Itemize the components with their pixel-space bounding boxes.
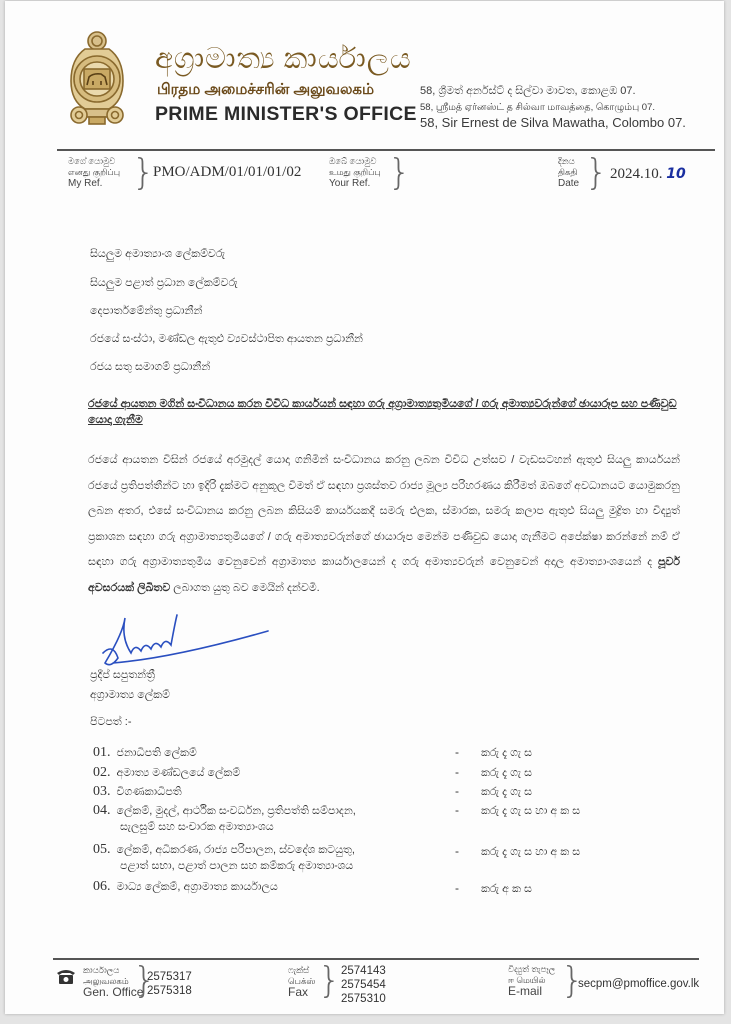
date-printed: 2024.10. [610, 166, 663, 182]
copy-code-3: කරු දැ ගැ ස [481, 786, 532, 799]
copy-num: 02. [93, 765, 111, 780]
copy-code-1: කරු දැ ගැ ස [481, 747, 532, 760]
telephone-icon [55, 967, 77, 985]
copy-dash: - [455, 881, 459, 895]
letter-subject: රජයේ ආයතන මගින් සංවිධානය කරන විවිධ කාර්ය… [88, 396, 680, 428]
date-label-en: Date [558, 178, 579, 189]
fax-number-3: 2575310 [341, 992, 386, 1006]
copy-num: 05. [93, 842, 111, 857]
copy-code-4: කරු දැ ගැ ස හා අ ක ස [481, 805, 580, 818]
letter-page: අග්‍රාමාත්‍ය කාර්යාලය பிரதம அமைச்சரின் அ… [5, 1, 724, 1014]
letter-body: රජයේ ආයතන විසින් රජයේ අරමුදල් යොදා ගනිමි… [88, 448, 680, 601]
copy-item-2: 02.අමාත්‍ය මණ්ඩලයේ ලේකම් [93, 765, 240, 781]
addressee-3: දෙපාර්තමේන්තු ප්‍රධානීන් [90, 305, 202, 318]
address-sinhala: 58, ශ්‍රීමත් අර්නස්ට් ද සිල්වා මාවත, කොළ… [420, 85, 636, 98]
copy-text-line2: සැලසුම් සහ සංචාරක අමාත්‍යාංශය [120, 821, 356, 834]
email-label-en: E-mail [508, 986, 555, 997]
copy-num: 04. [93, 803, 111, 818]
date-value: 2024.10. 10 [610, 166, 686, 183]
copy-text: මාධ්‍ය ලේකම්, අග්‍රාමාත්‍ය කාර්යාලය [117, 881, 278, 893]
copy-item-4: 04.ලේකම්, මුදල්, ආර්ථික සංවර්ධන, ප්‍රතිප… [93, 803, 356, 834]
copy-text: අමාත්‍ය මණ්ඩලයේ ලේකම් [117, 767, 241, 779]
your-ref-label-en: Your Ref. [329, 178, 381, 189]
signatory-name: ප්‍රදීප් සපුතන්ත්‍රී [90, 669, 155, 682]
copy-text: ජනාධිපති ලේකම් [117, 747, 197, 759]
address-tamil: 58, ஸ்ரீமத் ஏர்னஸ்ட் த சில்வா மாவத்தை, க… [420, 102, 655, 114]
brace: } [132, 155, 155, 191]
fax-number-2: 2575454 [341, 978, 386, 992]
copy-dash: - [455, 745, 459, 759]
my-ref-value: PMO/ADM/01/01/01/02 [153, 164, 301, 181]
office-title-sinhala: අග්‍රාමාත්‍ය කාර්යාලය [155, 43, 412, 76]
copy-dash: - [455, 765, 459, 779]
header-divider [57, 149, 715, 151]
brace: } [388, 155, 411, 191]
email-label-si: විද්‍යුත් තැපෑල [508, 964, 555, 975]
my-ref-label: මගේ යොමුව எனது குறிப்பு My Ref. [68, 156, 120, 189]
copies-label: පිටපත් :- [90, 716, 132, 729]
addressee-5: රජය සතු සමාගම් ප්‍රධානීන් [90, 361, 210, 374]
copy-num: 01. [93, 745, 111, 760]
copy-item-5: 05.ලේකම්, අධිකරණ, රාජ්‍ය පරිපාලන, ස්වදේශ… [93, 842, 355, 873]
copy-text: ලේකම්, මුදල්, ආර්ථික සංවර්ධන, ප්‍රතිපත්ත… [117, 805, 356, 817]
copy-code-6: කරු අ ක ස [481, 883, 532, 896]
addressee-1: සියලුම අමාත්‍යාංශ ලේකම්වරු [90, 248, 225, 261]
body-emphasis: පූර්ව අවසරයක් ලිඛිතව [88, 556, 680, 594]
date-label: දිනය திகதி Date [558, 156, 579, 189]
brace: } [585, 155, 608, 191]
copy-item-3: 03.විගණකාධිපති [93, 784, 182, 800]
email-label: විද්‍යුත් තැපෑල ஈ மெயில் E-mail [508, 964, 555, 997]
your-ref-label-si: ඔබේ යොමුව [329, 156, 381, 167]
gen-office-numbers: 2575317 2575318 [147, 970, 192, 998]
date-label-si: දිනය [558, 156, 579, 167]
sri-lanka-emblem-icon [63, 29, 131, 127]
copy-code-5: කරු දැ ගැ ස හා අ ක ස [481, 846, 580, 859]
fax-label: ෆැක්ස් பெக்ஸ் Fax [288, 965, 316, 998]
fax-number-1: 2574143 [341, 964, 386, 978]
gen-office-number-1: 2575317 [147, 970, 192, 984]
fax-label-en: Fax [288, 987, 316, 998]
brace: } [318, 963, 341, 999]
copy-item-6: 06.මාධ්‍ය ලේකම්, අග්‍රාමාත්‍ය කාර්යාලය [93, 879, 278, 895]
copy-item-1: 01.ජනාධිපති ලේකම් [93, 745, 197, 761]
addressee-2: සියලුම පළාත් ප්‍රධාන ලේකම්වරු [90, 277, 238, 290]
fax-label-si: ෆැක්ස් [288, 965, 316, 976]
copy-text: විගණකාධිපති [117, 786, 182, 798]
addressee-4: රජයේ සංස්ථා, මණ්ඩල ඇතුළු ව්‍යවස්ථාපිත ආය… [90, 333, 363, 346]
my-ref-label-en: My Ref. [68, 178, 120, 189]
copy-code-2: කරු දැ ගැ ස [481, 767, 532, 780]
your-ref-label-ta: உமது குறிப்பு [329, 167, 381, 178]
copy-dash: - [455, 803, 459, 817]
my-ref-label-ta: எனது குறிப்பு [68, 167, 120, 178]
email-address[interactable]: secpm@pmoffice.gov.lk [578, 977, 699, 991]
copy-text-line2: පළාත් සභා, පළාත් පාලන සහ කම්කරු අමාත්‍යා… [120, 860, 355, 873]
date-handwritten-day: 10 [666, 166, 685, 182]
date-label-ta: திகதி [558, 167, 579, 178]
copy-dash: - [455, 844, 459, 858]
your-ref-label: ඔබේ යොමුව உமது குறிப்பு Your Ref. [329, 156, 381, 189]
fax-numbers: 2574143 2575454 2575310 [341, 964, 386, 1006]
office-title-tamil: பிரதம அமைச்சரின் அலுவலகம் [157, 81, 374, 100]
copy-text: ලේකම්, අධිකරණ, රාජ්‍ය පරිපාලන, ස්වදේශ කට… [117, 844, 355, 856]
address-english: 58, Sir Ernest de Silva Mawatha, Colombo… [420, 115, 686, 130]
copy-num: 03. [93, 784, 111, 799]
gen-office-number-2: 2575318 [147, 984, 192, 998]
my-ref-label-si: මගේ යොමුව [68, 156, 120, 167]
copy-num: 06. [93, 879, 111, 894]
copy-dash: - [455, 784, 459, 798]
office-title-english: PRIME MINISTER'S OFFICE [155, 103, 417, 126]
signatory-title: අග්‍රාමාත්‍ය ලේකම් [90, 689, 170, 702]
